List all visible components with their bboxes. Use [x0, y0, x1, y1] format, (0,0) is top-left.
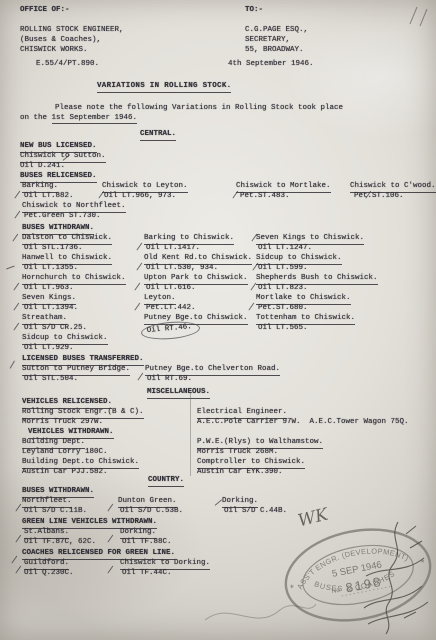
fleet-number: Oil S/D CR.25. — [24, 324, 87, 333]
subsection-heading: VEHICLES WITHDRAWN. — [28, 428, 114, 439]
subsection-heading: BUSES WITHDRAWN. — [22, 487, 94, 498]
department-name: Rolling Stock Engr.(B & C). — [22, 408, 144, 419]
to-label: TO:- — [245, 6, 263, 15]
intro-line: Please note the following Variations in … — [55, 104, 343, 113]
stamp-number-prefix: No — [331, 587, 341, 596]
fleet-number: Oil S/D C.44B. — [224, 507, 287, 516]
signature-stroke — [404, 526, 422, 618]
route-name: Barking to Chiswick. — [144, 234, 234, 245]
route-name: Old Kent Rd.to Chiswick. — [144, 254, 252, 265]
route-name: Dalston to Chiswick. — [22, 234, 112, 245]
route-name: Sidcup to Chiswick. — [22, 334, 108, 345]
fleet-number: Oil LT.966, 973. — [104, 192, 176, 201]
corner-pen-marks — [404, 2, 434, 30]
route-name: Shepherds Bush to Chiswick. — [256, 274, 378, 285]
fleet-number: Oil STL.1736. — [24, 244, 83, 253]
department-name: Building Dept. — [22, 438, 85, 449]
vehicle-entry: Leyland Lorry 180C. — [22, 448, 108, 457]
route-name: Leyton. — [144, 294, 176, 305]
route-name: Upton Park to Chiswick. — [144, 274, 248, 285]
fleet-number: Oil TF.88C. — [122, 538, 172, 547]
fleet-number: Oil LT.530, 934. — [146, 264, 218, 273]
fleet-number: Pet.ST.483. — [240, 192, 290, 201]
check-mark — [10, 360, 16, 368]
section-heading-miscellaneous: MISCELLANEOUS. — [147, 388, 210, 399]
department-name: Electrical Engineer. — [197, 408, 287, 419]
fleet-number: Oil LT.823. — [258, 284, 308, 293]
fleet-number: Oil LT.1355. — [24, 264, 78, 273]
fleet-number: Oil S/D C.53B. — [120, 507, 183, 516]
vehicle-entry: Austin Car EYK.390. — [197, 468, 283, 477]
route-name: Northfleet. — [22, 497, 72, 508]
check-mark — [15, 535, 21, 543]
subsection-heading: LICENSED BUSES TRANSFERRED. — [22, 355, 144, 366]
check-mark — [134, 303, 140, 311]
effective-date: 1st September 1946. — [52, 114, 138, 124]
check-mark — [136, 263, 142, 271]
pencil-scribble — [200, 588, 320, 638]
recipient-line: SECRETARY, — [245, 36, 290, 45]
sender-line: ROLLING STOCK ENGINEER, — [20, 26, 124, 35]
department-name: P.W.E.(Rlys) to Walthamstow. — [197, 438, 323, 449]
check-mark — [136, 243, 142, 251]
fleet-number: Oil S/D C.11B. — [24, 507, 87, 516]
route-name: Sutton to Putney Bridge. — [22, 365, 130, 376]
route-name: Guildford. — [24, 559, 69, 570]
route-name: Barking. — [22, 182, 58, 193]
letter-date: 4th September 1946. — [228, 60, 314, 69]
fleet-number: Pet.Green ST.730. — [24, 212, 101, 221]
recipient-line: 55, BROADWAY. — [245, 46, 304, 55]
check-mark — [12, 234, 18, 242]
check-mark — [15, 504, 21, 512]
route-name: Putney Bge.to Chelverton Road. — [145, 365, 280, 376]
fleet-number-circled: Oil RT.46. — [146, 322, 200, 339]
route-name: Dorking. — [120, 528, 156, 539]
fleet-number: Oil LT.1417. — [146, 244, 200, 253]
vehicle-entry: Morris Truck 268M. — [197, 448, 278, 457]
recipient-line: C.G.PAGE ESQ., — [245, 26, 308, 35]
route-name: Dunton Green. — [118, 497, 177, 508]
check-mark — [11, 556, 17, 564]
fleet-number: Pet.LT.442. — [146, 304, 196, 313]
fleet-number: Oil LT.929. — [24, 344, 74, 353]
route-name: Chiswick to Leyton. — [102, 182, 188, 193]
fleet-number: Oil LT.565. — [258, 324, 308, 333]
vehicle-entry: Austin Car PJJ.582. — [22, 468, 108, 477]
vehicle-entry: Morris Truck 297W. — [22, 418, 103, 427]
route-name: Dorking. — [222, 497, 258, 508]
office-of-label: OFFICE OF:- — [20, 6, 70, 15]
document-page: OFFICE OF:- TO:- ROLLING STOCK ENGINEER,… — [0, 0, 436, 640]
fleet-number: Oil LT.963. — [24, 284, 74, 293]
fleet-number: Pet.ST.680. — [258, 304, 308, 313]
check-mark — [232, 191, 238, 199]
fleet-number: Oil Q.230C. — [24, 569, 74, 578]
fleet-number: Oil RT.46. — [147, 323, 193, 335]
check-mark — [6, 266, 15, 270]
route-name: Hornchurch to Chiswick. — [22, 274, 126, 285]
check-mark — [134, 283, 140, 291]
subsection-heading: BUSES RELICENSED. — [20, 172, 97, 183]
route-name: Streatham. — [22, 314, 67, 325]
route-name: St.Albans. — [24, 528, 69, 539]
check-mark — [13, 283, 19, 291]
fleet-number: Oil LT.599. — [258, 264, 308, 273]
fleet-number: Oil RT.69. — [147, 375, 192, 384]
sender-line: CHISWICK WORKS. — [20, 46, 88, 55]
fold-crease — [190, 392, 191, 476]
subsection-heading: NEW BUS LICENSED. — [20, 142, 97, 153]
route-name: Seven Kings to Chiswick. — [256, 234, 364, 245]
route-name: Tottenham to Chiswick. — [256, 314, 355, 325]
vehicle-entry: A.E.C.Pole Carrier 97W. A.E.C.Tower Wago… — [197, 418, 409, 427]
pencil-stroke — [205, 604, 316, 620]
intro-text: on the — [20, 114, 52, 122]
department-name: Comptroller to Chiswick. — [197, 458, 305, 469]
check-mark — [13, 323, 19, 331]
route-name: Chiswick to Northfleet. — [22, 202, 126, 213]
fleet-number: Oil LT.1247. — [258, 244, 312, 253]
subsection-heading: BUSES WITHDRAWN. — [22, 224, 94, 235]
route-name: Mortlake to Chiswick. — [256, 294, 351, 305]
signature-stroke — [364, 586, 422, 608]
route-name: Chiswick to C'wood. — [350, 182, 436, 193]
route-name: Hanwell to Chiswick. — [22, 254, 112, 265]
check-mark — [14, 211, 20, 219]
fleet-number: Oil TF.87C, 62C. — [24, 538, 96, 547]
department-name: Building Dept.to Chiswick. — [22, 458, 139, 469]
document-title: VARIATIONS IN ROLLING STOCK. — [97, 82, 231, 93]
fleet-number: Oil STL.504. — [24, 375, 78, 384]
reference-number: E.55/4/PT.890. — [36, 60, 99, 69]
check-mark — [107, 535, 113, 543]
check-mark — [250, 283, 256, 291]
section-heading-central: CENTRAL. — [140, 130, 176, 141]
check-mark — [13, 303, 19, 311]
route-name: Chiswick to Mortlake. — [236, 182, 331, 193]
check-mark — [107, 504, 113, 512]
fleet-number: Oil LT.616. — [146, 284, 196, 293]
check-mark — [15, 566, 21, 574]
fleet-number: Oil LT.882. — [24, 192, 74, 201]
route-name: Seven Kings. — [22, 294, 76, 305]
subsection-heading: VEHICLES RELICENSED. — [22, 398, 112, 409]
route-name: Chiswick to Dorking. — [120, 559, 210, 570]
check-mark — [137, 373, 143, 381]
sender-line: (Buses & Coaches), — [20, 36, 101, 45]
subsection-heading: GREEN LINE VEHICLES WITHDRAWN. — [22, 518, 157, 529]
fleet-number: Oil TF.44C. — [122, 569, 172, 578]
check-mark — [248, 303, 254, 311]
signature-scribble — [358, 518, 436, 638]
route-name: Sidcup to Chiswick. — [256, 254, 342, 265]
fleet-number: Pet.ST.106. — [354, 192, 404, 201]
fleet-number: Oil LT.1394. — [24, 304, 78, 313]
pen-circle: Oil RT.46. — [140, 319, 200, 341]
check-mark — [107, 566, 113, 574]
section-heading-country: COUNTRY. — [148, 476, 184, 487]
fleet-number: Oil D.241. — [20, 162, 65, 171]
check-mark — [14, 191, 20, 199]
subsection-heading: COACHES RELICENSED FOR GREEN LINE. — [22, 549, 175, 560]
intro-line: on the 1st September 1946. — [20, 114, 137, 123]
signature-stroke — [368, 602, 428, 624]
pen-stroke — [410, 7, 427, 26]
